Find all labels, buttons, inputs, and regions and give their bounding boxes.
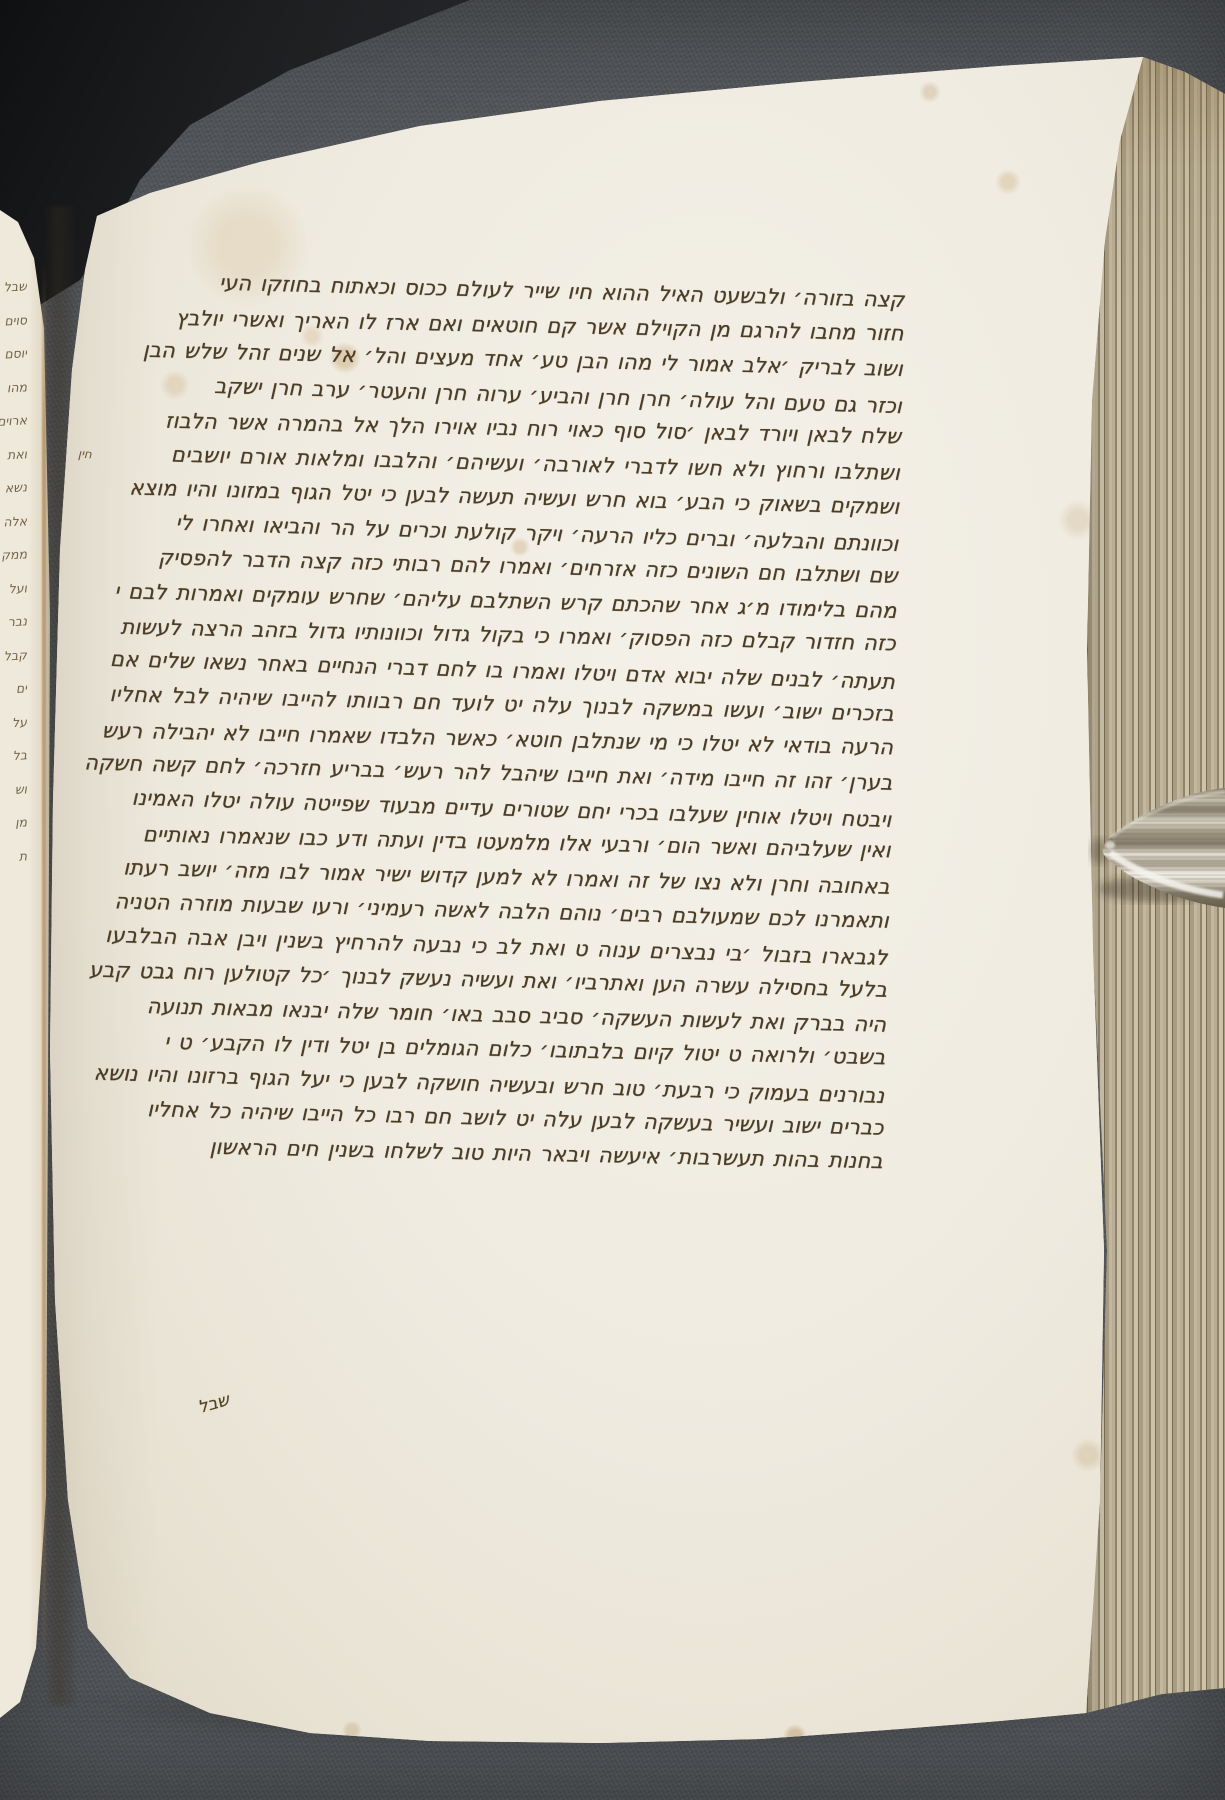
facing-page-text-fragment: ואת [0,447,27,461]
facing-page-text-fragment: ים [0,681,27,695]
facing-page-text-fragment: ועל [0,581,27,595]
margin-note: חין [78,447,93,462]
facing-page-text-fragment: סוים [0,313,27,327]
facing-page-text-fragment: יוסם [0,346,27,360]
facing-page-line-ends: שבל סוים יוסם מהו ארוים ואת נשא אלה ממק … [0,280,27,863]
facing-page-text-fragment: אלה [0,514,27,528]
facing-page-text-fragment: ת [0,849,27,863]
facing-page-text-fragment: ארוים [0,413,27,427]
facing-page-text-fragment: על [0,715,27,729]
photograph-of-open-manuscript: שבל סוים יוסם מהו ארוים ואת נשא אלה ממק … [0,0,1225,1800]
facing-page-text-fragment: ממק [0,547,27,561]
snake-tip-glint [1105,841,1115,849]
facing-page-text-fragment: נשא [0,480,27,494]
facing-page-text-fragment: נבר [0,614,27,628]
facing-page-text-fragment: בל [0,748,27,762]
facing-page-text-fragment: וש [0,782,27,796]
facing-page-text-fragment: קבל [0,648,27,662]
gutter-crease-line [42,262,46,1682]
glass-book-snake-weight [1080,765,1225,940]
facing-page-text-fragment: מן [0,815,27,829]
handwritten-text-block: קצה בזורה׳ ולבשעט האיל ההוא חיו שייר לעו… [90,263,905,1180]
facing-page-text-fragment: מהו [0,380,27,394]
facing-page-text-fragment: שבל [0,279,27,293]
